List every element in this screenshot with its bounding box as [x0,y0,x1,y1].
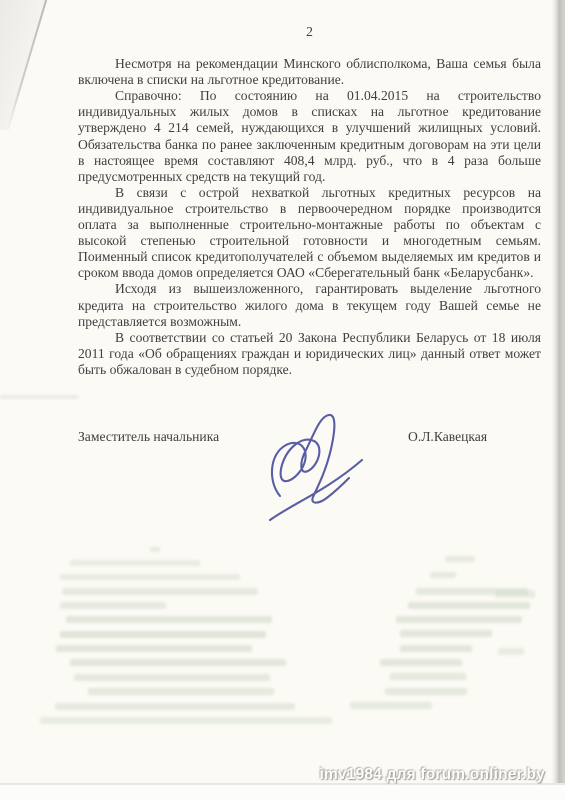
bleed-through-mark [390,673,466,680]
page-number: 2 [78,24,541,40]
bleed-through-mark [495,590,535,598]
bleed-through-mark [62,588,258,595]
bleed-through-mark [40,717,332,724]
bleed-through-mark [66,616,272,623]
bleed-through-mark [70,659,286,666]
letter-paragraph: Справочно: По состоянию на 01.04.2015 на… [78,88,541,185]
letter-body: 2 Несмотря на рекомендации Минского обли… [78,24,541,378]
signer-name: О.Л.Кавецкая [408,429,487,445]
scan-edge-right [552,0,565,800]
scanned-letter-page: 2 Несмотря на рекомендации Минского обли… [0,0,565,800]
bleed-through-mark [408,602,530,609]
bleed-through-mark [416,588,528,595]
bleed-through-mark [88,688,274,695]
bleed-through-mark [380,659,462,666]
handwritten-signature-icon [256,408,386,533]
bleed-through-mark [350,702,432,709]
scan-edge-bottom [0,783,565,800]
bleed-through-mark [396,616,522,623]
bleed-through-mark [150,547,160,552]
bleed-through-mark [430,572,456,578]
bleed-through-mark [498,648,524,655]
letter-paragraph: Несмотря на рекомендации Минского облисп… [78,56,541,88]
bleed-through-mark [445,556,475,562]
bleed-through-mark [60,602,166,609]
watermark: imv1984 для forum.onliner.by [319,766,545,784]
bleed-through-mark [70,560,200,566]
bleed-through-mark [60,631,266,638]
bleed-through-mark [400,630,492,637]
signer-role: Заместитель начальника [78,429,219,445]
scan-smudge [0,395,78,399]
paper-crease-shadow [0,0,60,132]
bleed-through-mark [55,703,295,710]
letter-paragraph: Исходя из вышеизложенного, гарантировать… [78,281,541,329]
bleed-through-mark [60,574,240,580]
letter-paragraph: В связи с острой нехваткой льготных кред… [78,185,541,282]
bleed-through-mark [56,645,252,652]
bleed-through-mark [400,645,472,652]
letter-paragraph: В соответствии со статьей 20 Закона Респ… [78,330,541,378]
bleed-through-mark [385,688,467,695]
bleed-through-mark [74,674,270,681]
